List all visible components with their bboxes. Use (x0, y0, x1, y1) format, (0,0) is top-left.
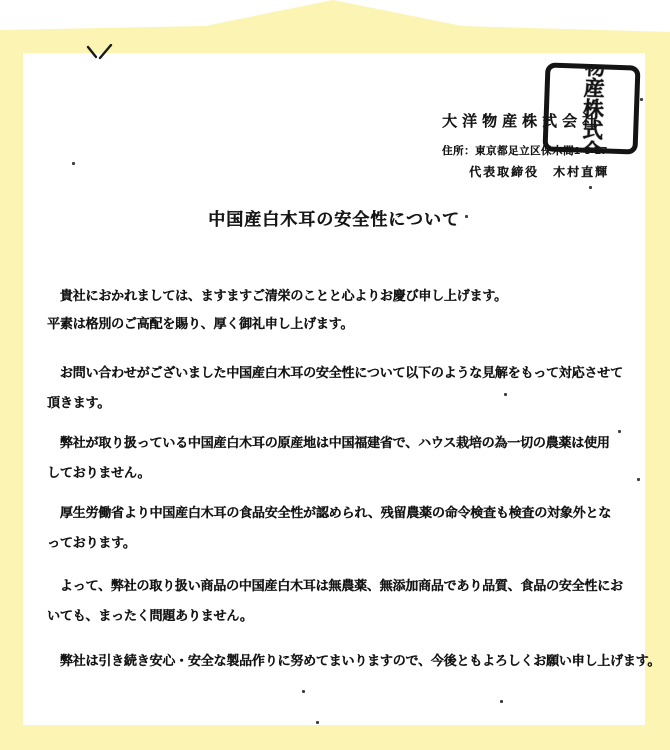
body-line: っております。 (47, 532, 645, 552)
scan-speck (637, 478, 640, 481)
seal-column-middle: 産株式 (577, 77, 605, 141)
scan-speck (72, 162, 75, 165)
body-line: 頂きます。 (47, 392, 645, 412)
scan-speck (589, 186, 592, 189)
body-line: しておりません。 (47, 462, 645, 482)
body-line: 弊社は引き続き安心・安全な製品作りに努めてまいりますので、今後ともよろしくお願い… (47, 650, 645, 670)
scan-speck (302, 690, 305, 693)
scan-speck (500, 700, 503, 703)
company-seal-stamp-icon: 大洋物 産株式 会社印 (542, 62, 640, 154)
letter-paper: 大洋物産株式会社 住所：東京都足立区保木間1-5-17 代表取締役 木村直輝 大… (23, 53, 645, 725)
representative-name: 代表取締役 木村直輝 (469, 163, 609, 180)
scan-speck (465, 215, 468, 218)
body-line: 貴社におかれましては、ますますご清栄のことと心よりお慶び申し上げます。 (47, 285, 645, 305)
scan-speck (316, 721, 319, 724)
scanned-document-screen: 大洋物産株式会社 住所：東京都足立区保木間1-5-17 代表取締役 木村直輝 大… (0, 0, 670, 750)
scan-speck (640, 98, 643, 101)
document-title: 中国産白木耳の安全性について (23, 205, 645, 230)
body-line: 弊社が取り扱っている中国産白木耳の原産地は中国福建省で、ハウス栽培の為一切の農薬… (47, 432, 645, 452)
body-line: 平素は格別のご高配を賜り、厚く御礼申し上げます。 (47, 313, 645, 333)
seal-column-left: 会社印 (575, 140, 603, 155)
scan-speck (618, 430, 621, 433)
body-line: いても、まったく問題ありません。 (47, 605, 645, 625)
handwritten-check-mark (84, 44, 116, 62)
seal-column-right: 大洋物 (580, 62, 608, 77)
body-line: 厚生労働省より中国産白木耳の食品安全性が認められ、残留農薬の命令検査も検査の対象… (47, 502, 645, 522)
body-line: よって、弊社の取り扱い商品の中国産白木耳は無農薬、無添加商品であり品質、食品の安… (47, 575, 645, 595)
body-line: お問い合わせがございました中国産白木耳の安全性について以下のような見解をもって対… (47, 362, 645, 382)
scan-speck (504, 393, 507, 396)
